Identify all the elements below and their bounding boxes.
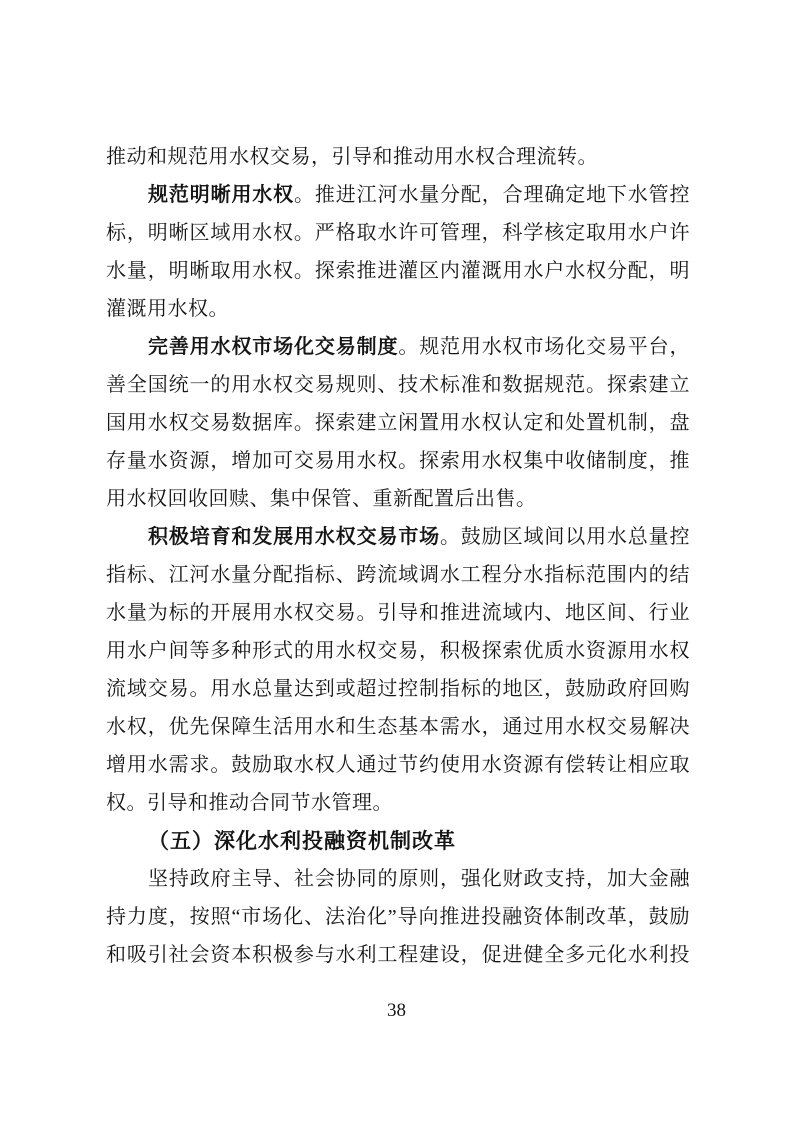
line-text: 标，明晰区域用水权。严格取水许可管理，科学核定取用水户许可 (106, 222, 690, 252)
text-line: 国用水权交易数据库。探索建立闲置用水权认定和处置机制，盘活 (106, 404, 690, 442)
text-line: 灌溉用水权。 (106, 290, 690, 328)
line-text: 持力度，按照“市场化、法治化”导向推进投融资体制改革，鼓励 (106, 906, 690, 928)
text-line: 用水权回收回赎、集中保管、重新配置后出售。 (106, 480, 690, 518)
text-line: 水权，优先保障生活用水和生态基本需水，通过用水权交易解决新 (106, 708, 690, 746)
line-text: 流域交易。用水总量达到或超过控制指标的地区，鼓励政府回购用 (106, 678, 690, 708)
line-text: 灌溉用水权。 (106, 298, 229, 320)
line-text: 推动和规范用水权交易，引导和推动用水权合理流转。 (106, 146, 598, 168)
section-heading: （五）深化水利投融资机制改革 (106, 822, 690, 860)
text-line: 流域交易。用水总量达到或超过控制指标的地区，鼓励政府回购用 (106, 670, 690, 708)
text-line: 权。引导和推动合同节水管理。 (106, 784, 690, 822)
text-line: 完善用水权市场化交易制度。规范用水权市场化交易平台，完 (106, 328, 690, 366)
text-line: 善全国统一的用水权交易规则、技术标准和数据规范。探索建立全 (106, 366, 690, 404)
line-text: 和吸引社会资本积极参与水利工程建设，促进健全多元化水利投融 (106, 944, 690, 974)
text-line: 存量水资源，增加可交易用水权。探索用水权集中收储制度，推进 (106, 442, 690, 480)
text-line: 积极培育和发展用水权交易市场。鼓励区域间以用水总量控制 (106, 518, 690, 556)
line-text: 国用水权交易数据库。探索建立闲置用水权认定和处置机制，盘活 (106, 412, 690, 442)
line-text: 权。引导和推动合同节水管理。 (106, 792, 393, 814)
text-line: 和吸引社会资本积极参与水利工程建设，促进健全多元化水利投融 (106, 936, 690, 974)
text-line: 水量为标的开展用水权交易。引导和推进流域内、地区间、行业间、 (106, 594, 690, 632)
text-line: 坚持政府主导、社会协同的原则，强化财政支持，加大金融支 (106, 860, 690, 898)
text-line: 标，明晰区域用水权。严格取水许可管理，科学核定取用水户许可 (106, 214, 690, 252)
line-text: 坚持政府主导、社会协同的原则，强化财政支持，加大金融支 (106, 868, 690, 898)
text-block: 推动和规范用水权交易，引导和推动用水权合理流转。规范明晰用水权。推进江河水量分配… (106, 138, 690, 974)
text-line: 持力度，按照“市场化、法治化”导向推进投融资体制改革，鼓励 (106, 898, 690, 936)
document-page: 推动和规范用水权交易，引导和推动用水权合理流转。规范明晰用水权。推进江河水量分配… (0, 0, 793, 1122)
line-text: 用水权回收回赎、集中保管、重新配置后出售。 (106, 488, 537, 510)
text-line: 水量，明晰取用水权。探索推进灌区内灌溉用水户水权分配，明晰 (106, 252, 690, 290)
line-text: 增用水需求。鼓励取水权人通过节约使用水资源有偿转让相应取水 (106, 754, 690, 784)
page-number: 38 (0, 1000, 793, 1022)
line-text: 水量，明晰取用水权。探索推进灌区内灌溉用水户水权分配，明晰 (106, 260, 690, 290)
line-text: 善全国统一的用水权交易规则、技术标准和数据规范。探索建立全 (106, 374, 690, 404)
line-text: 存量水资源，增加可交易用水权。探索用水权集中收储制度，推进 (106, 450, 690, 480)
text-line: 用水户间等多种形式的用水权交易，积极探索优质水资源用水权跨 (106, 632, 690, 670)
text-line: 增用水需求。鼓励取水权人通过节约使用水资源有偿转让相应取水 (106, 746, 690, 784)
line-text: 用水户间等多种形式的用水权交易，积极探索优质水资源用水权跨 (106, 640, 690, 670)
text-line: 指标、江河水量分配指标、跨流域调水工程分水指标范围内的结余 (106, 556, 690, 594)
paragraph-lead-bold: 规范明晰用水权 (148, 184, 294, 206)
paragraph-lead-bold: 积极培育和发展用水权交易市场 (148, 526, 440, 548)
line-text: 指标、江河水量分配指标、跨流域调水工程分水指标范围内的结余 (106, 564, 690, 594)
line-text: 水权，优先保障生活用水和生态基本需水，通过用水权交易解决新 (106, 716, 690, 746)
text-line: 规范明晰用水权。推进江河水量分配，合理确定地下水管控指 (106, 176, 690, 214)
text-line: 推动和规范用水权交易，引导和推动用水权合理流转。 (106, 138, 690, 176)
paragraph-lead-bold: 完善用水权市场化交易制度 (148, 336, 398, 358)
line-text: 水量为标的开展用水权交易。引导和推进流域内、地区间、行业间、 (106, 602, 690, 632)
line-text: （五）深化水利投融资机制改革 (148, 829, 456, 853)
